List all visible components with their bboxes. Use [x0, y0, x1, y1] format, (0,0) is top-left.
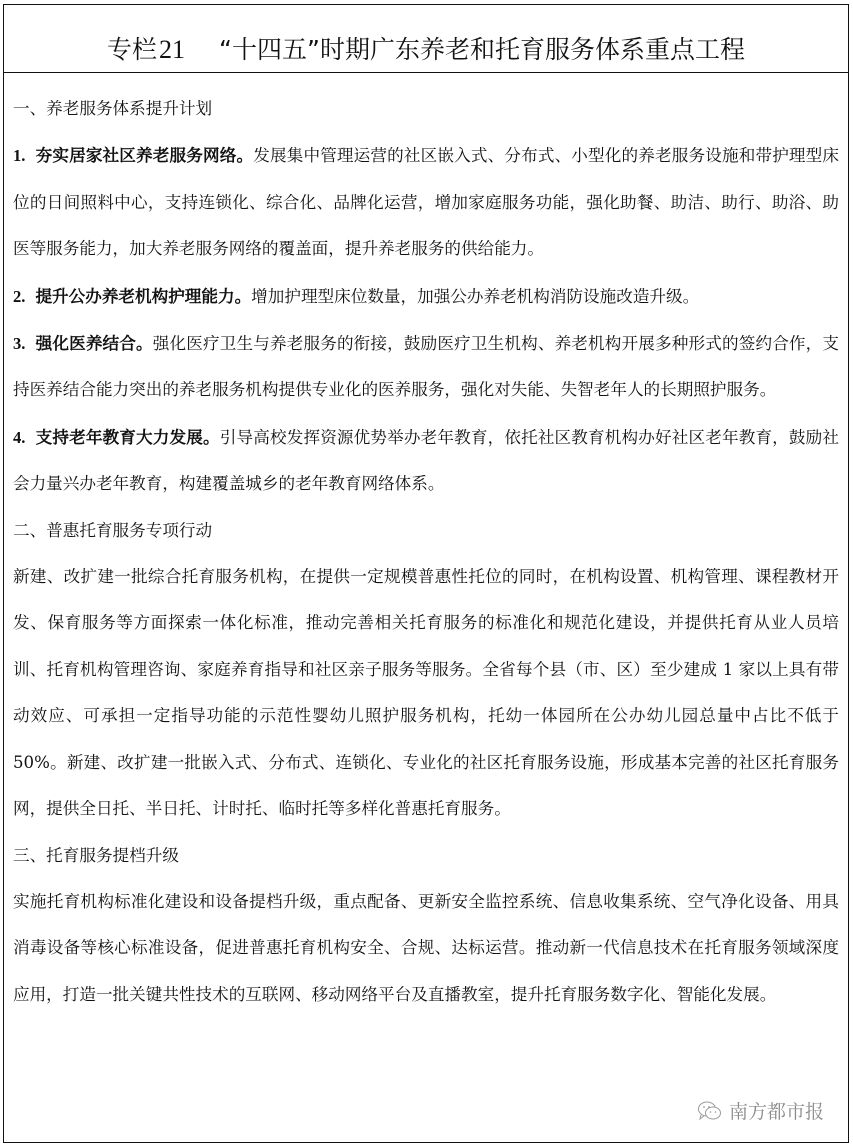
watermark-text: 南方都市报 [729, 1097, 824, 1124]
wechat-icon [697, 1100, 723, 1122]
section-paragraph: 新建、改扩建一批综合托育服务机构，在提供一定规模普惠性托位的同时，在机构设置、机… [13, 554, 839, 832]
column-header: 专栏21“十四五”时期广东养老和托育服务体系重点工程 [4, 5, 848, 73]
item-heading: 强化医养结合。 [35, 333, 152, 353]
item-number: 3. [13, 334, 25, 353]
title-prefix: 专栏 [107, 35, 157, 64]
section-heading: 三、托育服务提档升级 [13, 833, 839, 879]
title-number: 21 [159, 35, 185, 64]
item-number: 1. [13, 146, 25, 165]
column-box: 专栏21“十四五”时期广东养老和托育服务体系重点工程 一、养老服务体系提升计划 … [3, 4, 849, 1143]
list-item: 4.支持老年教育大力发展。引导高校发挥资源优势举办老年教育，依托社区教育机构办好… [13, 414, 839, 508]
section-paragraph: 实施托育机构标准化建设和设备提档升级，重点配备、更新安全监控系统、信息收集系统、… [13, 879, 839, 1018]
list-item: 3.强化医养结合。强化医疗卫生与养老服务的衔接，鼓励医疗卫生机构、养老机构开展多… [13, 320, 839, 414]
item-body: 增加护理型床位数量，加强公办养老机构消防设施改造升级。 [251, 287, 699, 306]
section-heading: 二、普惠托育服务专项行动 [13, 508, 839, 554]
item-number: 2. [13, 287, 25, 306]
item-heading: 提升公办养老机构护理能力。 [35, 286, 251, 306]
list-item: 1.夯实居家社区养老服务网络。发展集中管理运营的社区嵌入式、分布式、小型化的养老… [13, 132, 839, 272]
column-content: 一、养老服务体系提升计划 1.夯实居家社区养老服务网络。发展集中管理运营的社区嵌… [4, 73, 848, 1018]
item-heading: 支持老年教育大力发展。 [35, 427, 219, 447]
page-title: 专栏21“十四五”时期广东养老和托育服务体系重点工程 [107, 30, 745, 66]
section-heading: 一、养老服务体系提升计划 [13, 86, 839, 132]
watermark: 南方都市报 [697, 1097, 824, 1124]
item-heading: 夯实居家社区养老服务网络。 [35, 145, 253, 165]
item-number: 4. [13, 428, 25, 447]
list-item: 2.提升公办养老机构护理能力。增加护理型床位数量，加强公办养老机构消防设施改造升… [13, 273, 839, 320]
title-text: “十四五”时期广东养老和托育服务体系重点工程 [219, 35, 745, 64]
